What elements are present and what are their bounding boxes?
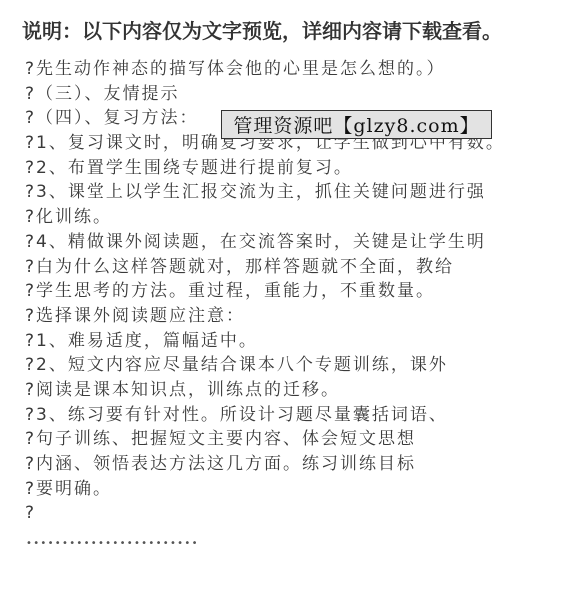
content-line: ?选择课外阅读题应注意：	[25, 304, 565, 329]
content-line: ?白为什么这样答题就对，那样答题就不全面，教给	[25, 255, 565, 280]
content-line: ?2、布置学生围绕专题进行提前复习。	[25, 156, 565, 181]
content-line: ?2、短文内容应尽量结合课本八个专题训练，课外	[25, 353, 565, 378]
content-line: ?（三）、友情提示	[25, 82, 565, 107]
watermark-banner: 管理资源吧【glzy8.com】	[221, 110, 492, 139]
content-line: ?3、课堂上以学生汇报交流为主，抓住关键问题进行强	[25, 180, 565, 205]
content-line: ?先生动作神态的描写体会他的心里是怎么想的。）	[25, 57, 565, 82]
content-line: ?要明确。	[25, 477, 565, 502]
watermark-text: 管理资源吧【glzy8.com】	[233, 111, 479, 138]
content-line: ?化训练。	[25, 205, 565, 230]
content-line: ?内涵、领悟表达方法这几方面。练习训练目标	[25, 452, 565, 477]
preview-notice-title: 说明：以下内容仅为文字预览，详细内容请下载查看。	[22, 17, 502, 45]
content-line: ?	[25, 501, 565, 526]
content-line: ?阅读是课本知识点，训练点的迁移。	[25, 378, 565, 403]
content-line: ?句子训练、把握短文主要内容、体会短文思想	[25, 427, 565, 452]
content-line: ?4、精做课外阅读题，在交流答案时，关键是让学生明	[25, 230, 565, 255]
ellipsis-dots: ••••••••••••••••••••••••	[26, 538, 199, 550]
content-line: ?3、练习要有针对性。所设计习题尽量囊括词语、	[25, 403, 565, 428]
content-line: ?学生思考的方法。重过程，重能力，不重数量。	[25, 279, 565, 304]
content-line: ?1、难易适度，篇幅适中。	[25, 329, 565, 354]
